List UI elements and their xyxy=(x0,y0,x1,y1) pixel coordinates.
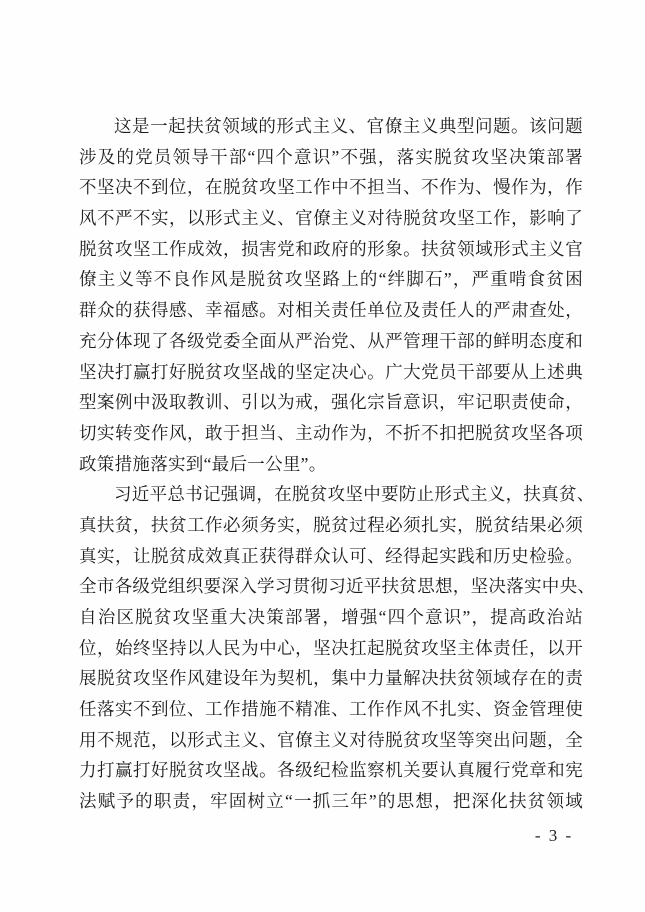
text-line: 充分体现了各级党委全面从严治党、从严管理干部的鲜明态度和 xyxy=(79,326,583,357)
document-page: 这是一起扶贫领域的形式主义、官僚主义典型问题。该问题涉及的党员领导干部“四个意识… xyxy=(0,0,645,912)
text-line: 法赋予的职责，牢固树立“一抓三年”的思想，把深化扶贫领域 xyxy=(79,786,583,817)
text-block: 这是一起扶贫领域的形式主义、官僚主义典型问题。该问题涉及的党员领导干部“四个意识… xyxy=(79,111,583,817)
text-line: 不坚决不到位，在脱贫攻坚工作中不担当、不作为、慢作为，作 xyxy=(79,172,583,203)
text-line: 位，始终坚持以人民为中心，坚决扛起脱贫攻坚主体责任，以开 xyxy=(79,633,583,664)
text-line: 用不规范，以形式主义、官僚主义对待脱贫攻坚等突出问题，全 xyxy=(79,725,583,756)
text-line: 风不严不实，以形式主义、官僚主义对待脱贫攻坚工作，影响了 xyxy=(79,203,583,234)
text-line: 真实，让脱贫成效真正获得群众认可、经得起实践和历史检验。 xyxy=(79,541,583,572)
text-line: 自治区脱贫攻坚重大决策部署，增强“四个意识”，提高政治站 xyxy=(79,602,583,633)
text-line: 政策措施落实到“最后一公里”。 xyxy=(79,449,583,480)
text-line: 习近平总书记强调，在脱贫攻坚中要防止形式主义，扶真贫、 xyxy=(79,479,583,510)
text-line: 坚决打赢打好脱贫攻坚战的坚定决心。广大党员干部要从上述典 xyxy=(79,357,583,388)
text-line: 群众的获得感、幸福感。对相关责任单位及责任人的严肃查处， xyxy=(79,295,583,326)
text-line: 涉及的党员领导干部“四个意识”不强，落实脱贫攻坚决策部署 xyxy=(79,142,583,173)
text-line: 展脱贫攻坚作风建设年为契机，集中力量解决扶贫领域存在的责 xyxy=(79,663,583,694)
paragraph: 这是一起扶贫领域的形式主义、官僚主义典型问题。该问题涉及的党员领导干部“四个意识… xyxy=(79,111,583,479)
text-line: 力打赢打好脱贫攻坚战。各级纪检监察机关要认真履行党章和宪 xyxy=(79,755,583,786)
text-line: 型案例中汲取教训、引以为戒，强化宗旨意识，牢记职责使命， xyxy=(79,387,583,418)
text-line: 真扶贫，扶贫工作必须务实，脱贫过程必须扎实，脱贫结果必须 xyxy=(79,510,583,541)
text-line: 这是一起扶贫领域的形式主义、官僚主义典型问题。该问题 xyxy=(79,111,583,142)
page-number: - 3 - xyxy=(524,824,584,848)
text-line: 脱贫攻坚工作成效，损害党和政府的形象。扶贫领域形式主义官 xyxy=(79,234,583,265)
text-line: 僚主义等不良作风是脱贫攻坚路上的“绊脚石”，严重啃食贫困 xyxy=(79,264,583,295)
text-line: 切实转变作风，敢于担当、主动作为，不折不扣把脱贫攻坚各项 xyxy=(79,418,583,449)
paragraph: 习近平总书记强调，在脱贫攻坚中要防止形式主义，扶真贫、真扶贫，扶贫工作必须务实，… xyxy=(79,479,583,817)
text-line: 全市各级党组织要深入学习贯彻习近平扶贫思想，坚决落实中央、 xyxy=(79,571,583,602)
text-line: 任落实不到位、工作措施不精准、工作作风不扎实、资金管理使 xyxy=(79,694,583,725)
